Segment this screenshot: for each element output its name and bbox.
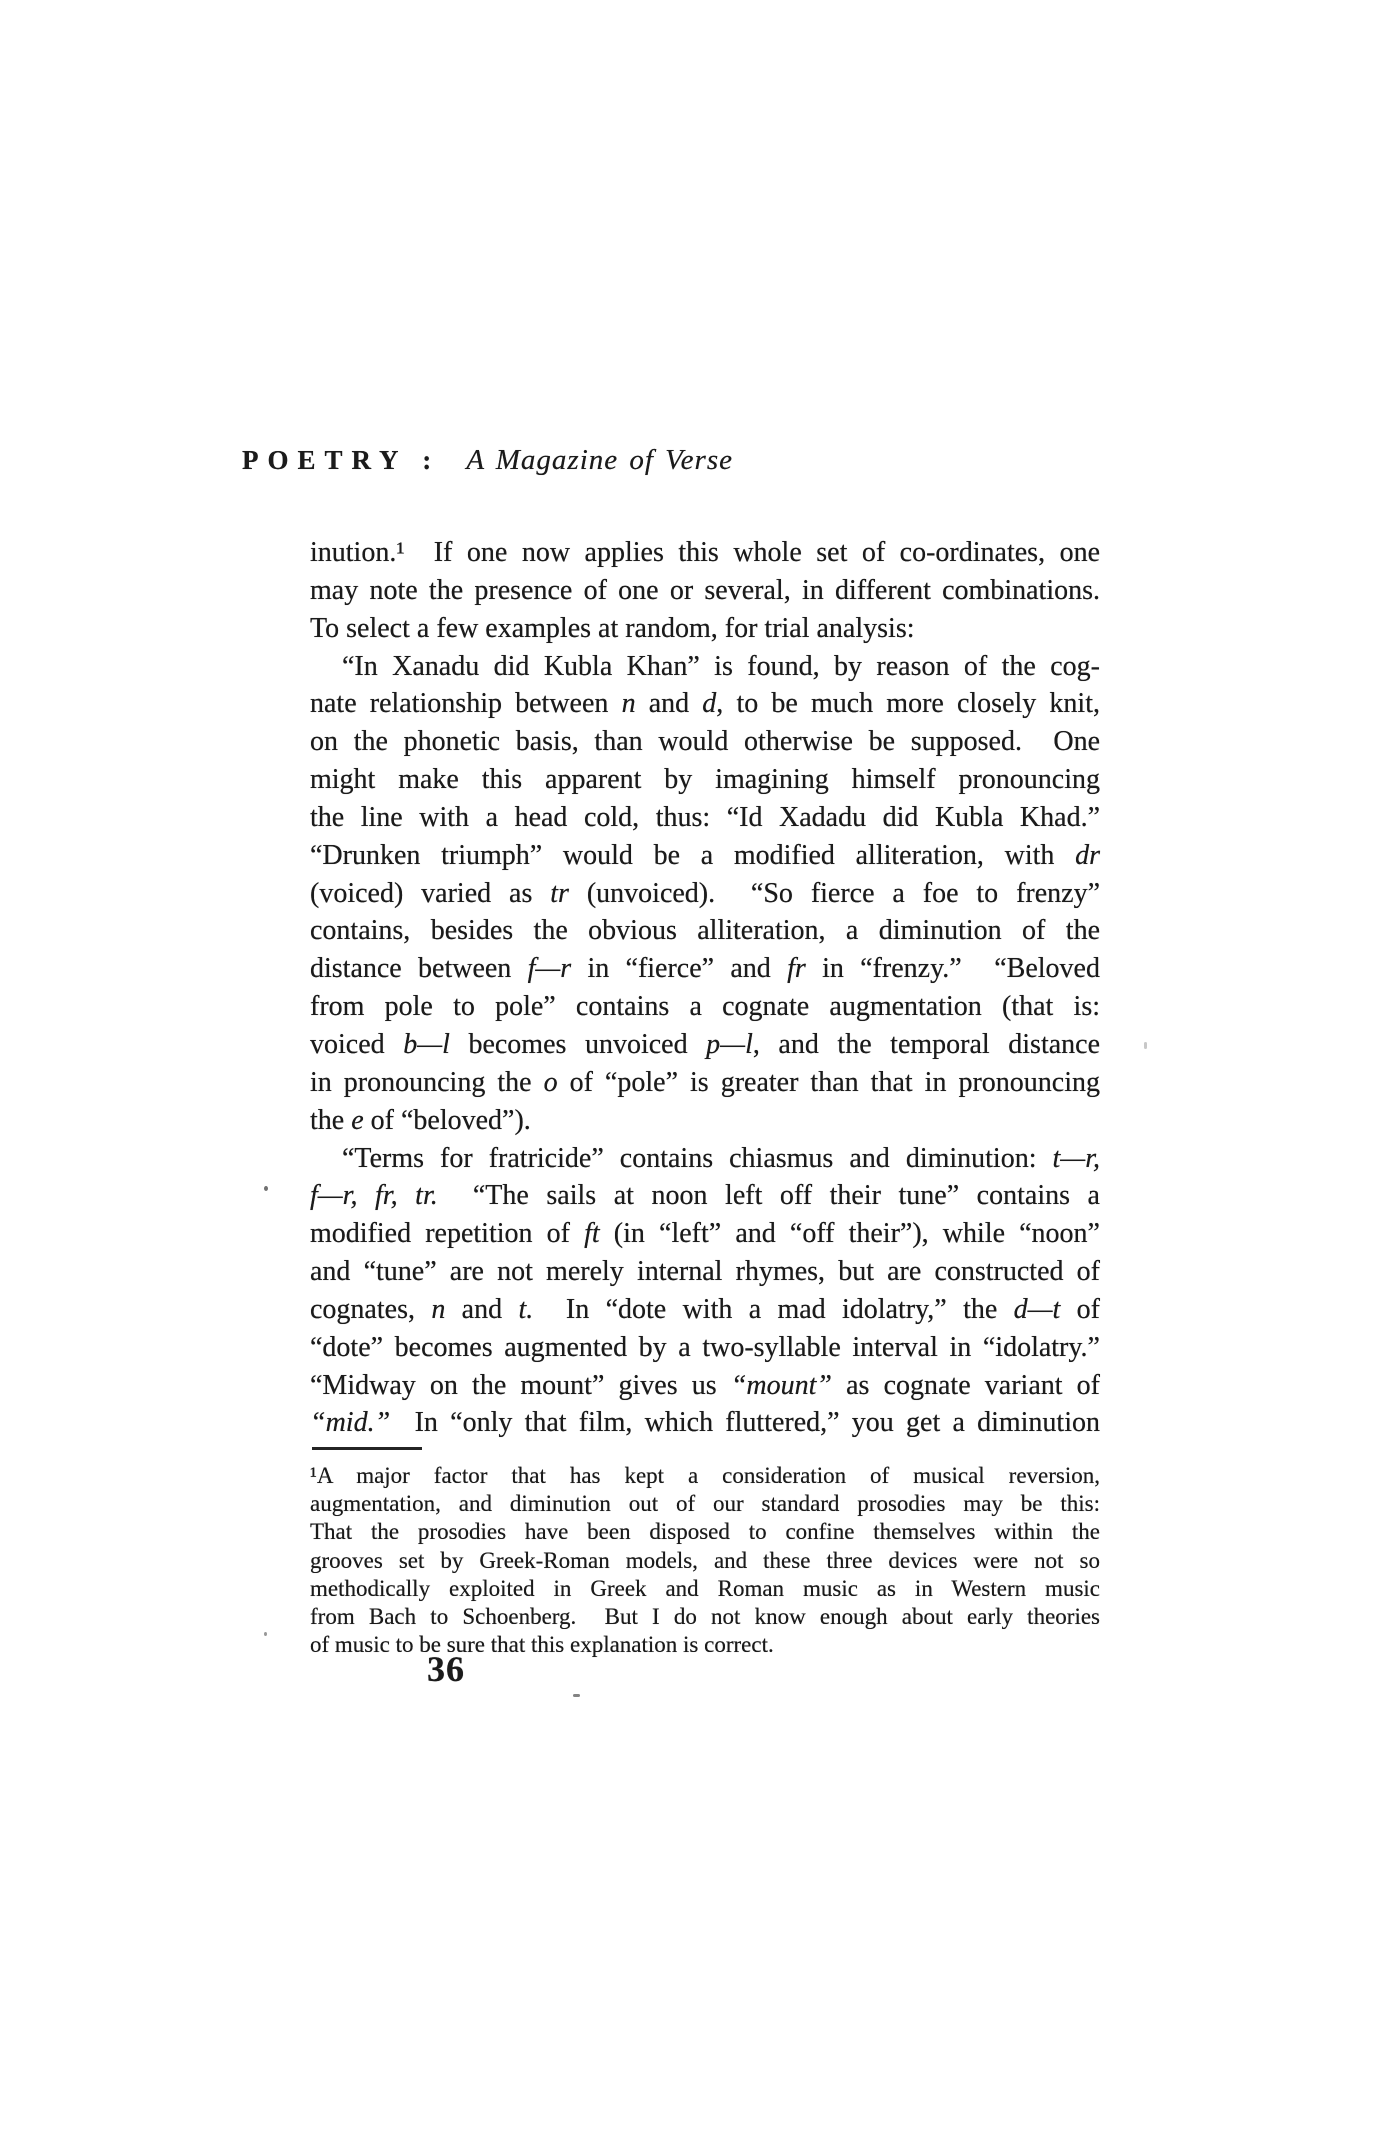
text-line: That the prosodies have been disposed to… xyxy=(310,1518,1100,1546)
italic-text: n xyxy=(431,1294,445,1325)
text-segment: from pole to pole” contains a cognate au… xyxy=(310,991,1100,1022)
text-segment: , and the temporal distance xyxy=(753,1029,1100,1060)
text-line: inution.¹ If one now applies this whole … xyxy=(310,534,1100,572)
text-line: (voiced) varied as tr (unvoiced). “So fi… xyxy=(310,875,1100,913)
text-line: and “tune” are not merely internal rhyme… xyxy=(310,1253,1100,1291)
text-segment: “Terms for fratricide” contains chiasmus… xyxy=(342,1143,1053,1174)
text-segment: In “only that film, which fluttered,” yo… xyxy=(390,1407,1100,1438)
text-segment: “dote” becomes augmented by a two-syllab… xyxy=(310,1332,1100,1363)
text-segment: methodically exploited in Greek and Roma… xyxy=(310,1576,1100,1601)
text-segment: inution.¹ If one now applies this whole … xyxy=(310,537,1100,568)
italic-text: o xyxy=(544,1067,558,1098)
text-segment: That the prosodies have been disposed to… xyxy=(310,1519,1100,1544)
text-segment: augmentation, and diminution out of our … xyxy=(310,1491,1100,1516)
text-line: may note the presence of one or several,… xyxy=(310,572,1100,610)
text-segment: In “dote with a mad idolatry,” the xyxy=(533,1294,1013,1325)
text-segment: in pronouncing the xyxy=(310,1067,544,1098)
italic-text: fr xyxy=(787,953,806,984)
text-segment: on the phonetic basis, than would otherw… xyxy=(310,726,1100,757)
text-segment: of music to be sure that this explanatio… xyxy=(310,1632,774,1657)
italic-text: n xyxy=(622,688,636,719)
footnote-text: ¹A major factor that has kept a consider… xyxy=(310,1462,1100,1659)
italic-text: dr xyxy=(1075,840,1100,871)
text-line: f—r, fr, tr. “The sails at noon left off… xyxy=(310,1177,1100,1215)
text-line: contains, besides the obvious alliterati… xyxy=(310,912,1100,950)
text-line: the line with a head cold, thus: “Id Xad… xyxy=(310,799,1100,837)
text-segment: “Midway on the mount” gives us xyxy=(310,1370,731,1401)
book-page-scan: POETRY :A Magazine of Verse inution.¹ If… xyxy=(0,0,1400,2154)
running-header: POETRY :A Magazine of Verse xyxy=(242,444,733,477)
text-line: To select a few examples at random, for … xyxy=(310,610,1100,648)
text-line: the e of “beloved”). xyxy=(310,1102,1100,1140)
text-segment: and “tune” are not merely internal rhyme… xyxy=(310,1256,1100,1287)
text-line: “dote” becomes augmented by a two-syllab… xyxy=(310,1329,1100,1367)
text-segment: (unvoiced). “So fierce a foe to frenzy” xyxy=(569,878,1100,909)
italic-text: f—r, fr, tr. xyxy=(310,1180,438,1211)
text-segment: “The sails at noon left off their tune” … xyxy=(438,1180,1100,1211)
text-segment: To select a few examples at random, for … xyxy=(310,613,915,644)
text-line: might make this apparent by imagining hi… xyxy=(310,761,1100,799)
magazine-title: POETRY : xyxy=(242,445,440,475)
text-segment: grooves set by Greek-Roman models, and t… xyxy=(310,1548,1100,1573)
text-line: distance between f—r in “fierce” and fr … xyxy=(310,950,1100,988)
text-line: “Midway on the mount” gives us “mount” a… xyxy=(310,1367,1100,1405)
text-segment: (in “left” and “off their”), while “noon… xyxy=(600,1218,1100,1249)
text-segment: in “frenzy.” “Beloved xyxy=(806,953,1100,984)
text-segment: may note the presence of one or several,… xyxy=(310,575,1100,606)
text-segment: modified repetition of xyxy=(310,1218,584,1249)
text-segment: contains, besides the obvious alliterati… xyxy=(310,915,1100,946)
italic-text: e xyxy=(351,1105,363,1136)
scan-speck xyxy=(573,1694,580,1697)
text-segment: and xyxy=(636,688,703,719)
text-segment: of xyxy=(1060,1294,1100,1325)
text-segment: cognates, xyxy=(310,1294,431,1325)
text-line: from Bach to Schoenberg. But I do not kn… xyxy=(310,1603,1100,1631)
text-segment: the line with a head cold, thus: “Id Xad… xyxy=(310,802,1100,833)
text-segment: “In Xanadu did Kubla Khan” is found, by … xyxy=(342,651,1100,682)
text-segment: might make this apparent by imagining hi… xyxy=(310,764,1100,795)
italic-text: t—r, xyxy=(1053,1143,1100,1174)
italic-text: “mid.” xyxy=(310,1407,390,1438)
text-line: nate relationship between n and d, to be… xyxy=(310,685,1100,723)
text-segment: voiced xyxy=(310,1029,403,1060)
text-line: voiced b—l becomes unvoiced p—l, and the… xyxy=(310,1026,1100,1064)
scan-speck xyxy=(264,1186,268,1191)
footnote-rule xyxy=(312,1447,422,1450)
text-line: cognates, n and t. In “dote with a mad i… xyxy=(310,1291,1100,1329)
italic-text: f—r xyxy=(528,953,572,984)
italic-text: d—t xyxy=(1014,1294,1061,1325)
italic-text: “mount” xyxy=(731,1370,832,1401)
scan-speck xyxy=(1144,1042,1147,1049)
page-number: 36 xyxy=(427,1648,465,1690)
text-line: “Terms for fratricide” contains chiasmus… xyxy=(310,1140,1100,1178)
italic-text: b—l xyxy=(403,1029,450,1060)
magazine-subtitle: A Magazine of Verse xyxy=(466,444,733,476)
text-segment: as cognate variant of xyxy=(832,1370,1100,1401)
italic-text: d xyxy=(702,688,716,719)
text-segment: of “beloved”). xyxy=(364,1105,531,1136)
text-line: ¹A major factor that has kept a consider… xyxy=(310,1462,1100,1490)
text-line: augmentation, and diminution out of our … xyxy=(310,1490,1100,1518)
text-segment: “Drunken triumph” would be a modified al… xyxy=(310,840,1075,871)
body-text: inution.¹ If one now applies this whole … xyxy=(310,534,1100,1442)
italic-text: t. xyxy=(518,1294,533,1325)
text-segment: nate relationship between xyxy=(310,688,622,719)
text-segment: , to be much more closely knit, xyxy=(716,688,1100,719)
text-segment: of “pole” is greater than that in pronou… xyxy=(558,1067,1100,1098)
text-segment: ¹A major factor that has kept a consider… xyxy=(310,1463,1100,1488)
italic-text: p—l xyxy=(706,1029,753,1060)
text-line: “In Xanadu did Kubla Khan” is found, by … xyxy=(310,648,1100,686)
text-segment: in “fierce” and xyxy=(571,953,787,984)
text-segment: from Bach to Schoenberg. But I do not kn… xyxy=(310,1604,1100,1629)
text-line: modified repetition of ft (in “left” and… xyxy=(310,1215,1100,1253)
text-line: “Drunken triumph” would be a modified al… xyxy=(310,837,1100,875)
text-line: “mid.” In “only that film, which flutter… xyxy=(310,1404,1100,1442)
italic-text: tr xyxy=(550,878,569,909)
text-segment: and xyxy=(445,1294,518,1325)
text-line: in pronouncing the o of “pole” is greate… xyxy=(310,1064,1100,1102)
text-segment: (voiced) varied as xyxy=(310,878,550,909)
scan-speck xyxy=(264,1632,267,1636)
text-line: methodically exploited in Greek and Roma… xyxy=(310,1575,1100,1603)
text-line: grooves set by Greek-Roman models, and t… xyxy=(310,1547,1100,1575)
italic-text: ft xyxy=(584,1218,600,1249)
text-line: from pole to pole” contains a cognate au… xyxy=(310,988,1100,1026)
text-segment: distance between xyxy=(310,953,528,984)
text-line: on the phonetic basis, than would otherw… xyxy=(310,723,1100,761)
text-segment: becomes unvoiced xyxy=(450,1029,706,1060)
text-segment: the xyxy=(310,1105,351,1136)
